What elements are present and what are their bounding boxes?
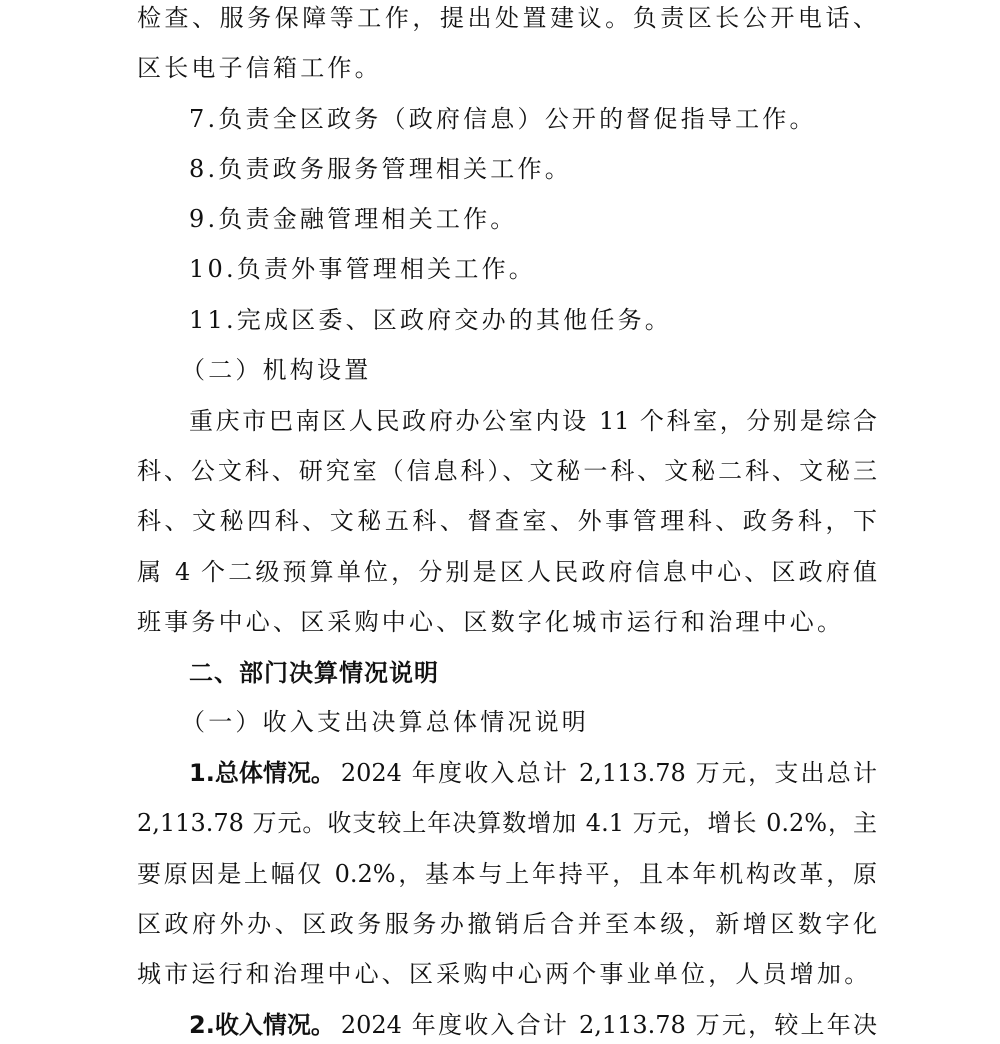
subheading-org-structure: （二）机构设置: [181, 345, 371, 395]
paragraph-text: 2024 年度收入总计 2,113.78 万元，支出总计: [335, 748, 877, 798]
lead-label-income: 2.收入情况。: [189, 1000, 335, 1044]
paragraph-line: 区政府外办、区政务服务办撤销后合并至本级，新增区数字化: [137, 899, 877, 949]
paragraph-overall-first-line: 1.总体情况。 2024 年度收入总计 2,113.78 万元，支出总计: [189, 748, 877, 798]
paragraph-income-first-line: 2.收入情况。 2024 年度收入合计 2,113.78 万元，较上年决: [189, 1000, 877, 1044]
paragraph-line: 班事务中心、区采购中心、区数字化城市运行和治理中心。: [137, 597, 844, 647]
paragraph-text: 2024 年度收入合计 2,113.78 万元，较上年决: [335, 1000, 877, 1044]
paragraph-line: 重庆市巴南区人民政府办公室内设 11 个科室，分别是综合: [189, 396, 877, 446]
lead-label-overall: 1.总体情况。: [189, 748, 335, 798]
section-heading-2: 二、部门决算情况说明: [189, 648, 439, 698]
paragraph-line: 2,113.78 万元。收支较上年决算数增加 4.1 万元，增长 0.2%，主: [137, 798, 877, 848]
list-item-7: 7.负责全区政务（政府信息）公开的督促指导工作。: [189, 94, 817, 144]
list-item-8: 8.负责政务服务管理相关工作。: [189, 144, 572, 194]
subheading-income-expense: （一）收入支出决算总体情况说明: [181, 697, 589, 747]
paragraph-line: 属 4 个二级预算单位，分别是区人民政府信息中心、区政府值: [137, 547, 877, 597]
paragraph-line: 科、文秘四科、文秘五科、督查室、外事管理科、政务科，下: [137, 496, 877, 546]
paragraph-line: 要原因是上幅仅 0.2%，基本与上年持平，且本年机构改革，原: [137, 849, 877, 899]
paragraph-line: 城市运行和治理中心、区采购中心两个事业单位，人员增加。: [137, 949, 871, 999]
paragraph-line: 区长电子信箱工作。: [137, 43, 382, 93]
list-item-9: 9.负责金融管理相关工作。: [189, 194, 518, 244]
list-item-10: 10.负责外事管理相关工作。: [189, 244, 536, 294]
paragraph-line: 检查、服务保障等工作，提出处置建议。负责区长公开电话、: [137, 0, 877, 43]
list-item-11: 11.完成区委、区政府交办的其他任务。: [189, 295, 672, 345]
paragraph-line: 科、公文科、研究室（信息科）、文秘一科、文秘二科、文秘三: [137, 446, 877, 496]
